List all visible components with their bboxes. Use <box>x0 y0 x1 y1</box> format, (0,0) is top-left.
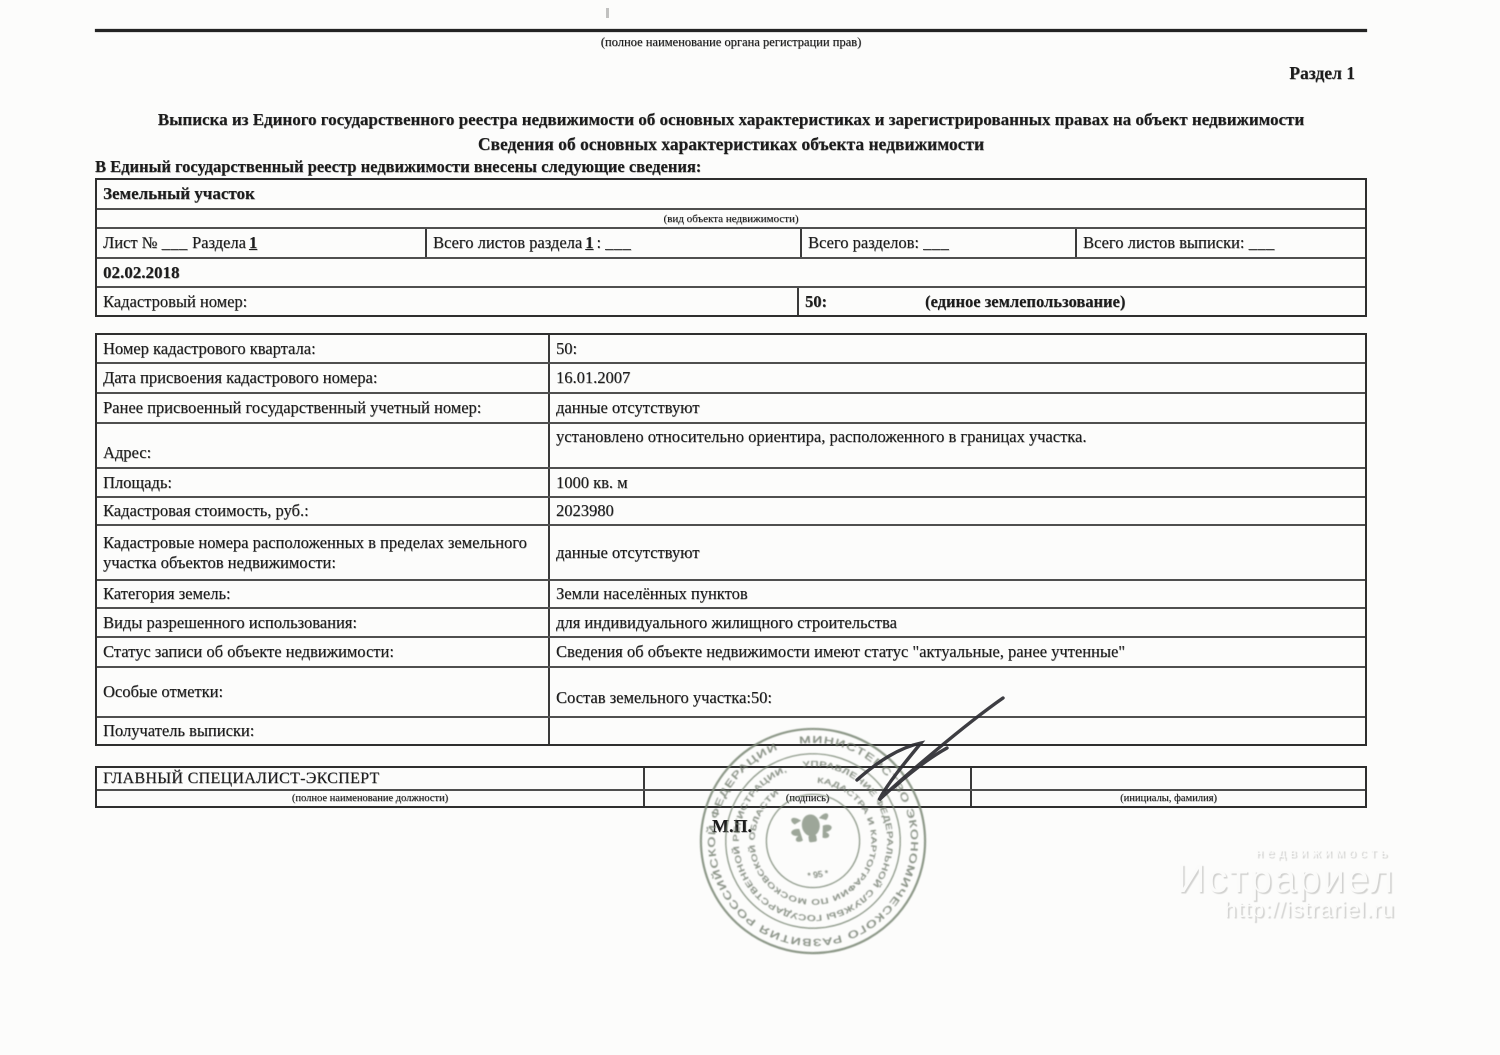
table-row: Статус записи об объекте недвижимости: С… <box>97 638 1365 668</box>
row-value: Земли населённых пунктов <box>550 581 1365 607</box>
row-value: данные отсутствуют <box>550 394 1365 422</box>
row-value: для индивидуального жилищного строительс… <box>550 609 1365 636</box>
sheets-total-number: 1 <box>582 233 596 253</box>
watermark-brand: Истрариел <box>1100 860 1395 898</box>
sheets-total-pre: Всего листов раздела <box>433 233 582 253</box>
row-value: установлено относительно ориентира, расп… <box>550 424 1365 467</box>
row-label: Статус записи об объекте недвижимости: <box>97 638 550 666</box>
table-row: Дата присвоения кадастрового номера: 16.… <box>97 364 1365 394</box>
document-subtitle: Сведения об основных характеристиках объ… <box>95 134 1367 155</box>
sheet-section-number: 1 <box>246 233 260 253</box>
cadastral-number-label: Кадастровый номер: <box>97 288 799 315</box>
scan-artifact <box>606 8 609 18</box>
table-row: Кадастровый номер: 50: (единое землеполь… <box>97 288 1365 315</box>
extract-sheets-blank: ___ <box>1249 233 1275 253</box>
row-label: Кадастровая стоимость, руб.: <box>97 498 550 524</box>
row-value: данные отсутствуют <box>550 526 1365 579</box>
sheet-mid: Раздела <box>192 233 246 253</box>
signatory-position: ГЛАВНЫЙ СПЕЦИАЛИСТ-ЭКСПЕРТ <box>97 768 645 789</box>
table-row: 02.02.2018 <box>97 259 1365 288</box>
table-row: Особые отметки: Состав земельного участк… <box>97 668 1365 718</box>
row-label: Особые отметки: <box>97 668 550 716</box>
extract-sheets-total-cell: Всего листов выписки: ___ <box>1077 229 1365 257</box>
extract-sheets-label: Всего листов выписки: <box>1083 233 1244 253</box>
object-type: Земельный участок <box>97 180 261 208</box>
cadastral-number-note: (единое землепользование) <box>925 292 1125 312</box>
table-row: Кадастровая стоимость, руб.: 2023980 <box>97 498 1365 526</box>
row-label: Площадь: <box>97 469 550 496</box>
row-value: 16.01.2007 <box>550 364 1365 392</box>
row-label: Ранее присвоенный государственный учетны… <box>97 394 550 422</box>
extract-date: 02.02.2018 <box>97 259 186 286</box>
table-row: Виды разрешенного использования: для инд… <box>97 609 1365 638</box>
sheet-pre: Лист № <box>103 233 157 253</box>
table-row: Ранее присвоенный государственный учетны… <box>97 394 1365 424</box>
row-label: Получатель выписки: <box>97 718 550 744</box>
sheets-total-colon: : <box>596 233 601 253</box>
header-rule <box>95 29 1367 32</box>
document-page: (полное наименование органа регистрации … <box>0 0 1500 1055</box>
sheet-number-cell: Лист № ___ Раздела 1 <box>97 229 427 257</box>
sheets-total-cell: Всего листов раздела 1 : ___ <box>427 229 802 257</box>
object-type-caption: (вид объекта недвижимости) <box>97 210 1365 227</box>
row-value: 2023980 <box>550 498 1365 524</box>
watermark-url: http://istrariel.ru <box>1100 898 1395 922</box>
row-value: 1000 кв. м <box>550 469 1365 496</box>
row-label: Номер кадастрового квартала: <box>97 335 550 362</box>
row-label: Дата присвоения кадастрового номера: <box>97 364 550 392</box>
sections-total-blank: ___ <box>923 233 949 253</box>
document-title: Выписка из Единого государственного реес… <box>95 110 1367 130</box>
table-row: Лист № ___ Раздела 1 Всего листов раздел… <box>97 229 1365 259</box>
details-table: Номер кадастрового квартала: 50: Дата пр… <box>95 333 1367 746</box>
cadastral-number-value-cell: 50: (единое землепользование) <box>799 288 1365 315</box>
org-name-caption: (полное наименование органа регистрации … <box>95 35 1367 50</box>
stamp-number: * 95 * <box>807 868 830 881</box>
position-caption: (полное наименование должности) <box>97 791 645 806</box>
table-row: Категория земель: Земли населённых пункт… <box>97 581 1365 609</box>
table-row: Адрес: установлено относительно ориентир… <box>97 424 1365 469</box>
sections-total-cell: Всего разделов: ___ <box>802 229 1077 257</box>
name-cell <box>972 768 1365 789</box>
handwritten-signature <box>845 688 1020 813</box>
section-label: Раздел 1 <box>95 63 1355 84</box>
eagle-emblem <box>789 812 833 845</box>
row-label: Адрес: <box>97 424 550 467</box>
sheet-blank: ___ <box>162 233 188 253</box>
cadastral-number-value: 50: <box>805 292 827 312</box>
name-caption: (инициалы, фамилия) <box>972 791 1365 806</box>
watermark: недвижимость Истрариел http://istrariel.… <box>1100 845 1395 922</box>
object-summary-table: Земельный участок (вид объекта недвижимо… <box>95 178 1367 317</box>
table-row: (вид объекта недвижимости) <box>97 210 1365 229</box>
row-label: Категория земель: <box>97 581 550 607</box>
row-value: Сведения об объекте недвижимости имеют с… <box>550 638 1365 666</box>
table-row: Площадь: 1000 кв. м <box>97 469 1365 498</box>
sheets-total-blank: ___ <box>605 233 631 253</box>
intro-line: В Единый государственный реестр недвижим… <box>95 157 1367 177</box>
table-row: Земельный участок <box>97 180 1365 210</box>
table-row: Кадастровые номера расположенных в преде… <box>97 526 1365 581</box>
table-row: Номер кадастрового квартала: 50: <box>97 335 1365 364</box>
row-value: 50: <box>550 335 1365 362</box>
row-label: Кадастровые номера расположенных в преде… <box>97 526 550 579</box>
row-label: Виды разрешенного использования: <box>97 609 550 636</box>
sections-total-label: Всего разделов: <box>808 233 919 253</box>
